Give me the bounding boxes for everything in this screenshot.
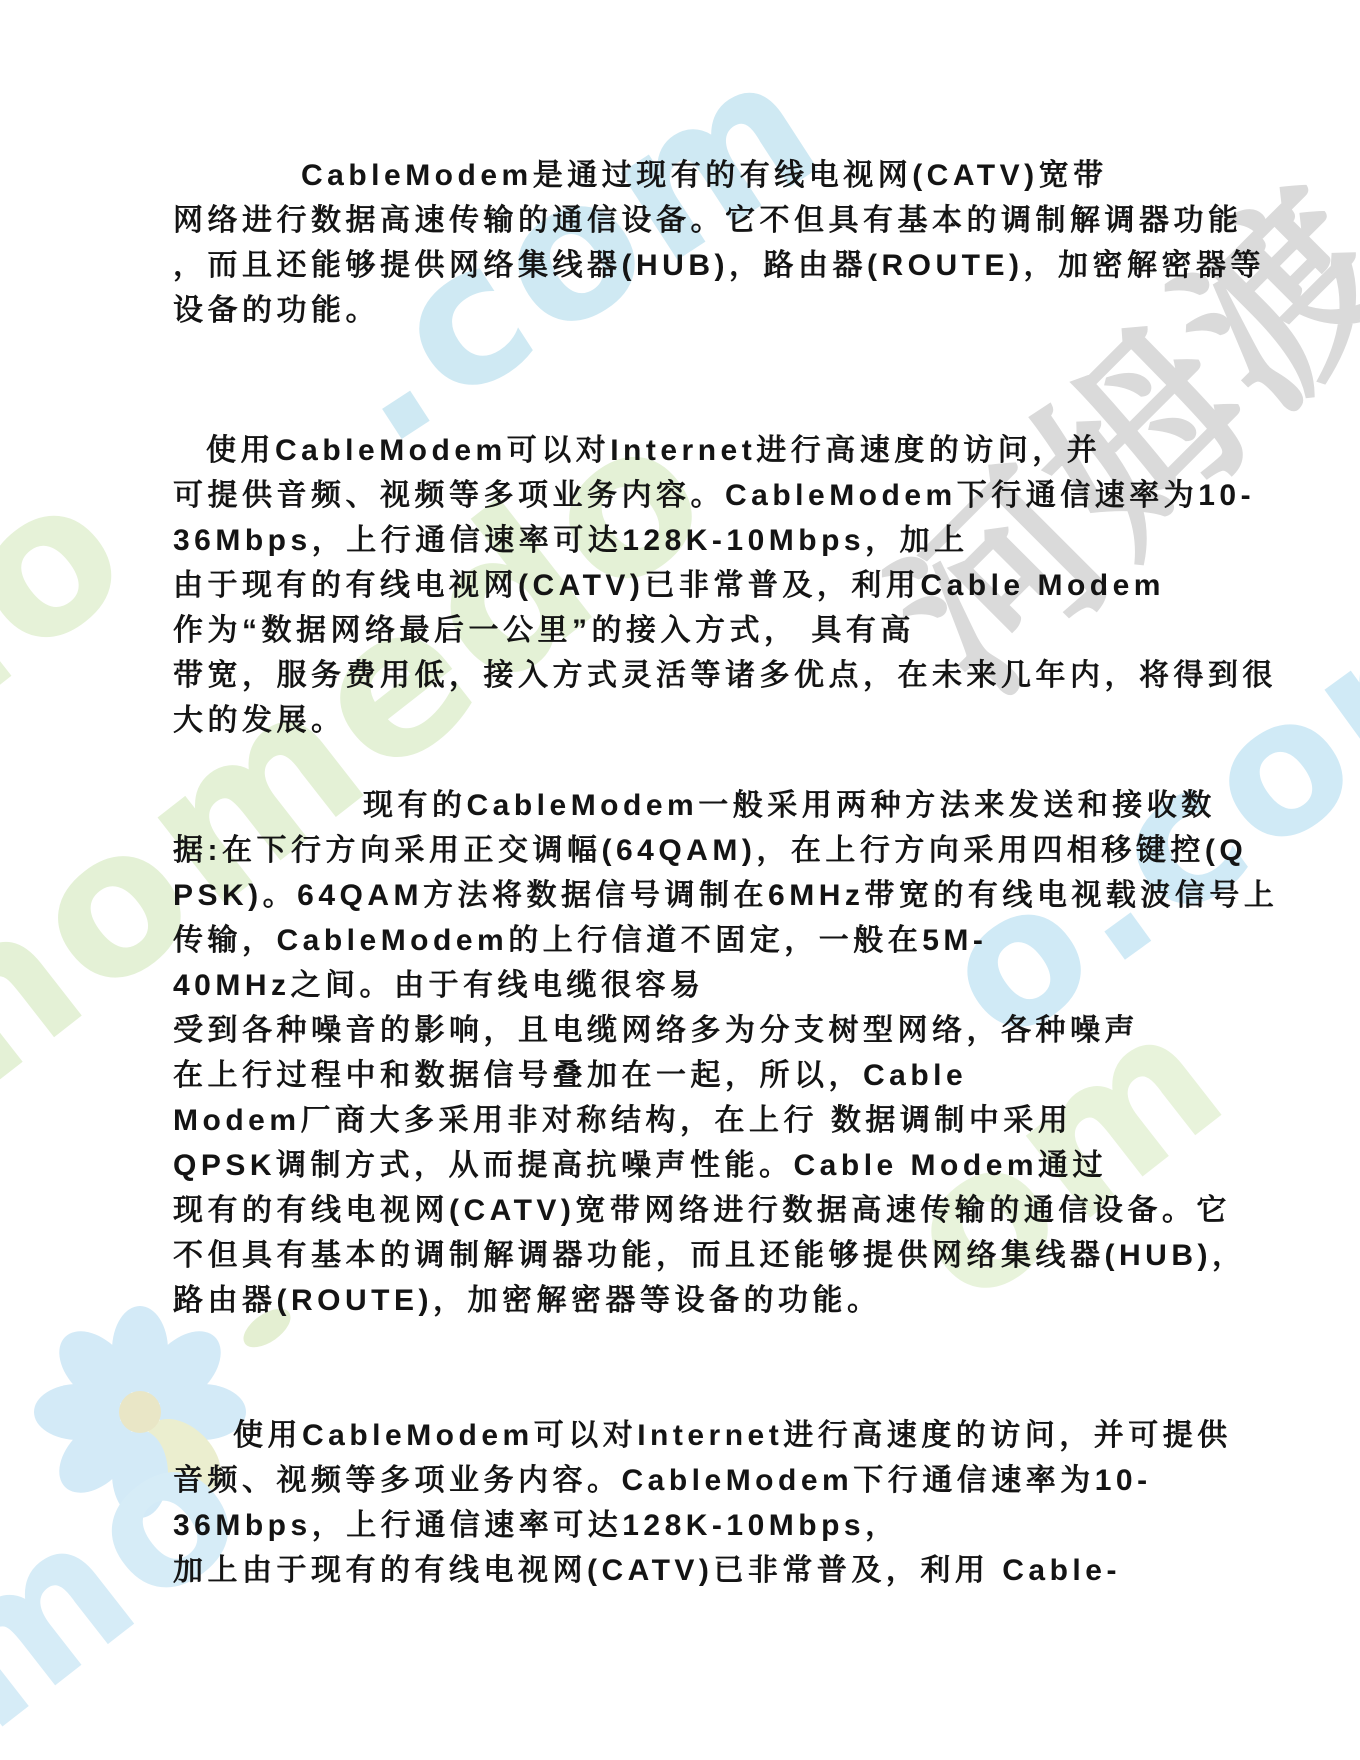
text-line: 路由器(ROUTE)，加密解密器等设备的功能。 [173,1278,1278,1323]
text-line: 音频、视频等多项业务内容。CableModem下行通信速率为10- [173,1458,1232,1503]
document-body: CableModem是通过现有的有线电视网(CATV)宽带网络进行数据高速传输的… [0,0,1360,1760]
text-line: ，而且还能够提供网络集线器(HUB)，路由器(ROUTE)，加密解密器等 [173,243,1265,288]
text-line: 据:在下行方向采用正交调幅(64QAM)，在上行方向采用四相移键控(Q [173,828,1278,873]
text-line: 受到各种噪音的影响，且电缆网络多为分支树型网络，各种噪声 [173,1008,1278,1053]
text-line: 现有的CableModem一般采用两种方法来发送和接收数 [173,783,1278,828]
text-line: 带宽，服务费用低，接入方式灵活等诸多优点，在未来几年内，将得到很 [173,653,1277,698]
text-line: 40MHz之间。由于有线电缆很容易 [173,963,1278,1008]
text-line: 在上行过程中和数据信号叠加在一起，所以，Cable [173,1053,1278,1098]
text-line: 36Mbps，上行通信速率可达128K-10Mbps， [173,1503,1232,1548]
text-line: 作为“数据网络最后一公里”的接入方式， 具有高 [173,608,1277,653]
text-line: QPSK调制方式，从而提高抗噪声性能。Cable Modem通过 [173,1143,1278,1188]
text-line: 可提供音频、视频等多项业务内容。CableModem下行通信速率为10- [173,473,1277,518]
text-line: 加上由于现有的有线电视网(CATV)已非常普及，利用 Cable- [173,1548,1232,1593]
text-line: 36Mbps，上行通信速率可达128K-10Mbps，加上 [173,518,1277,563]
text-line: 传输，CableModem的上行信道不固定，一般在5M- [173,918,1278,963]
text-line: Modem厂商大多采用非对称结构，在上行 数据调制中采用 [173,1098,1278,1143]
text-line: 使用CableModem可以对Internet进行高速度的访问，并可提供 [173,1413,1232,1458]
text-line: PSK)。64QAM方法将数据信号调制在6MHz带宽的有线电视载波信号上 [173,873,1278,918]
text-line: 由于现有的有线电视网(CATV)已非常普及，利用Cable Modem [173,563,1277,608]
paragraph: CableModem是通过现有的有线电视网(CATV)宽带网络进行数据高速传输的… [173,153,1265,333]
text-line: CableModem是通过现有的有线电视网(CATV)宽带 [173,153,1265,198]
document-page: .com河姆渡dohomedoo.comommo CableModem是通过现有… [0,0,1360,1760]
text-line: 使用CableModem可以对Internet进行高速度的访问，并 [173,428,1277,473]
paragraph: 使用CableModem可以对Internet进行高速度的访问，并可提供音频、视… [173,1413,1232,1593]
text-line: 不但具有基本的调制解调器功能，而且还能够提供网络集线器(HUB)， [173,1233,1278,1278]
text-line: 大的发展。 [173,698,1277,743]
text-line: 现有的有线电视网(CATV)宽带网络进行数据高速传输的通信设备。它 [173,1188,1278,1233]
paragraph: 使用CableModem可以对Internet进行高速度的访问，并可提供音频、视… [173,428,1277,743]
text-line: 网络进行数据高速传输的通信设备。它不但具有基本的调制解调器功能 [173,198,1265,243]
paragraph: 现有的CableModem一般采用两种方法来发送和接收数据:在下行方向采用正交调… [173,783,1278,1323]
text-line: 设备的功能。 [173,288,1265,333]
